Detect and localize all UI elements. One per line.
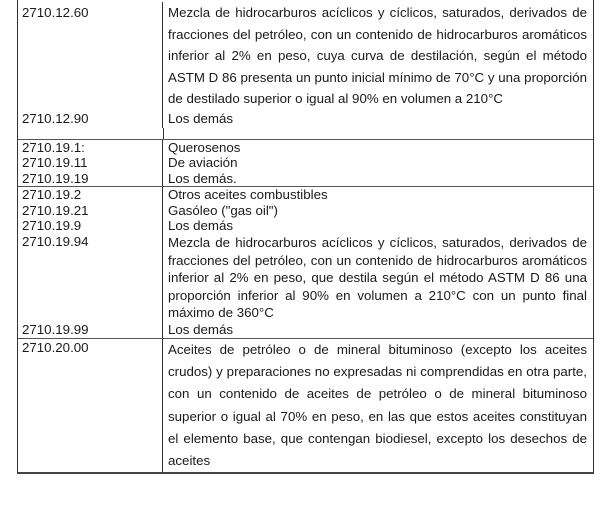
table-row: 2710.19.99 Los demás: [18, 322, 593, 338]
table-row: 2710.19.1: Querosenos: [18, 140, 593, 156]
tariff-description: Otros aceites combustibles: [163, 187, 593, 203]
table-row: 2710.19.19 Los demás.: [18, 171, 593, 187]
tariff-description: Aceites de petróleo o de mineral bitumin…: [163, 339, 593, 473]
tariff-group-2710-20: 2710.20.00 Aceites de petróleo o de mine…: [18, 338, 593, 473]
table-row: 2710.19.11 De aviación: [18, 155, 593, 171]
tariff-table: 2710.12.60 Mezcla de hidrocarburos acícl…: [17, 0, 594, 474]
tariff-description: De aviación: [163, 155, 593, 171]
table-row: 2710.19.2 Otros aceites combustibles: [18, 187, 593, 203]
tariff-code: 2710.19.94: [18, 234, 163, 322]
table-row: 2710.19.94 Mezcla de hidrocarburos acícl…: [18, 234, 593, 322]
tariff-group-2710-12: 2710.12.60 Mezcla de hidrocarburos acícl…: [18, 0, 593, 139]
tariff-description: Los demás: [163, 322, 593, 338]
tariff-description: Mezcla de hidrocarburos acíclicos y cícl…: [163, 2, 593, 110]
tariff-description: Los demás.: [163, 171, 593, 187]
tariff-description: Los demás: [163, 218, 593, 234]
tariff-code: 2710.20.00: [18, 339, 163, 473]
tariff-description: Gasóleo ("gas oil"): [163, 203, 593, 219]
tariff-group-2710-19-2: 2710.19.2 Otros aceites combustibles 271…: [18, 186, 593, 337]
tariff-code: 2710.19.9: [18, 218, 163, 234]
tariff-code: 2710.19.99: [18, 322, 163, 338]
table-row: 2710.12.90 Los demás: [18, 110, 593, 128]
tariff-code: 2710.19.21: [18, 203, 163, 219]
table-row: 2710.19.9 Los demás: [18, 218, 593, 234]
table-row: 2710.20.00 Aceites de petróleo o de mine…: [18, 339, 593, 473]
tariff-code: 2710.19.19: [18, 171, 163, 187]
tariff-code: 2710.19.11: [18, 155, 163, 171]
tariff-code: 2710.12.90: [18, 110, 163, 128]
tariff-description: Querosenos: [163, 140, 593, 156]
tariff-code: 2710.19.2: [18, 187, 163, 203]
tariff-description: Mezcla de hidrocarburos acíclicos y cícl…: [163, 234, 593, 322]
tariff-code: 2710.19.1:: [18, 140, 163, 156]
table-row: 2710.19.21 Gasóleo ("gas oil"): [18, 203, 593, 219]
tariff-code: 2710.12.60: [18, 2, 163, 110]
tariff-description: Los demás: [163, 110, 593, 128]
tariff-group-2710-19-1: 2710.19.1: Querosenos 2710.19.11 De avia…: [18, 139, 593, 187]
table-row: 2710.12.60 Mezcla de hidrocarburos acícl…: [18, 2, 593, 110]
